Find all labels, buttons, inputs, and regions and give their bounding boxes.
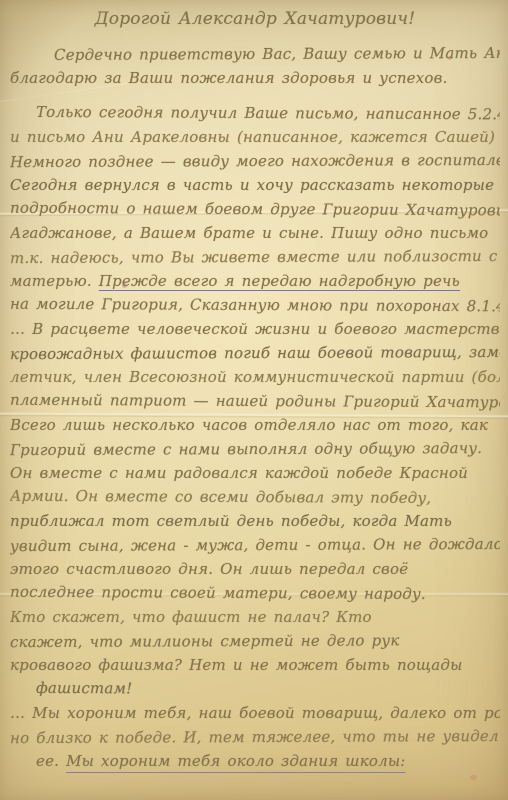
- letter-line: т.к. надеюсь, что Вы живете вместе или п…: [10, 244, 500, 270]
- handwritten-text: этого счастливого дня. Он лишь передал с…: [10, 560, 408, 578]
- handwritten-text: Кто скажет, что фашист не палач? Кто: [10, 608, 372, 626]
- letter-line: приближал тот светлый день победы, когда…: [10, 509, 500, 533]
- handwritten-text: фашистам!: [36, 679, 132, 698]
- letter-line: летчик, член Всесоюзной коммунистической…: [10, 365, 500, 389]
- letter-line: но близко к победе. И, тем тяжелее, что …: [10, 724, 500, 750]
- letter-line: Немного позднее — ввиду моего нахождения…: [10, 148, 500, 174]
- handwritten-text: … В расцвете человеческой жизни и боевог…: [10, 320, 500, 338]
- letter-line: Дорогой Александр Хачатурович!: [10, 7, 500, 31]
- letter-line: Он вместе с нами радовался каждой победе…: [10, 461, 500, 485]
- handwritten-text: на могиле Григория, Сказанную мною при п…: [10, 295, 500, 316]
- underlined-text: Мы хороним тебя около здания школы:: [66, 752, 405, 770]
- handwritten-text: Сердечно приветствую Вас, Вашу семью и М…: [54, 43, 500, 64]
- letter-line: … Мы хороним тебя, наш боевой товарищ, д…: [10, 701, 500, 725]
- letter-scan: Дорогой Александр Хачатурович!Сердечно п…: [0, 0, 508, 800]
- handwritten-text: последнее прости своей матери, своему на…: [10, 583, 426, 603]
- letter-line: кровавого фашизма? Нет и не может быть п…: [10, 653, 500, 677]
- letter-line: подробности о нашем боевом друге Григори…: [10, 196, 500, 223]
- letter-line: Агаджанове, а Вашем брате и сыне. Пишу о…: [10, 221, 500, 245]
- letter-line: скажет, что миллионы смертей не дело рук: [10, 628, 500, 654]
- letter-line: Армии. Он вместе со всеми добывал эту по…: [10, 484, 500, 511]
- letter-line: благодарю за Ваши пожелания здоровья и у…: [10, 66, 500, 90]
- handwritten-text: Армии. Он вместе со всеми добывал эту по…: [10, 487, 431, 507]
- handwritten-text: матерью.: [10, 272, 99, 290]
- letter-line: Сегодня вернулся в часть и хочу рассказа…: [10, 173, 500, 197]
- handwritten-text: т.к. надеюсь, что Вы живете вместе или п…: [10, 247, 498, 267]
- letter-line: Всего лишь несколько часов отделяло нас …: [10, 413, 500, 437]
- letter-line: Григорий вместе с нами выполнял одну общ…: [10, 436, 500, 462]
- ink-stain: [470, 775, 477, 780]
- letter-line: матерью. Прежде всего я передаю надгробн…: [10, 269, 500, 293]
- letter-line: этого счастливого дня. Он лишь передал с…: [10, 557, 500, 581]
- handwritten-text: Немного позднее — ввиду моего нахождения…: [10, 151, 500, 171]
- handwritten-text: ее.: [36, 752, 66, 770]
- letter-line: кровожадных фашистов погиб наш боевой то…: [10, 340, 500, 366]
- underlined-text: Прежде всего я передаю надгробную речь: [99, 272, 460, 290]
- letter-line: Сердечно приветствую Вас, Вашу семью и М…: [10, 41, 500, 67]
- letter-line: Только сегодня получил Ваше письмо, напи…: [10, 100, 500, 127]
- letter-line: и письмо Ани Аракеловны (написанное, каж…: [10, 125, 500, 149]
- handwritten-text: Только сегодня получил Ваше письмо, напи…: [36, 103, 500, 124]
- handwritten-text: пламенный патриот — нашей родины Григори…: [10, 391, 500, 412]
- letter-line: последнее прости своей матери, своему на…: [10, 580, 500, 607]
- handwritten-text: … Мы хороним тебя, наш боевой товарищ, д…: [10, 704, 500, 722]
- handwritten-text: но близко к победе. И, тем тяжелее, что …: [10, 727, 499, 747]
- letter-line: ее. Мы хороним тебя около здания школы:: [10, 749, 500, 773]
- handwritten-text: кровожадных фашистов погиб наш боевой то…: [10, 342, 500, 363]
- handwritten-text: подробности о нашем боевом друге Григори…: [10, 199, 500, 220]
- handwritten-text: благодарю за Ваши пожелания здоровья и у…: [10, 69, 448, 87]
- handwritten-text: Он вместе с нами радовался каждой победе…: [10, 464, 468, 482]
- letter-line: фашистам!: [10, 676, 500, 703]
- letter-line: … В расцвете человеческой жизни и боевог…: [10, 317, 500, 341]
- letter-line: на могиле Григория, Сказанную мною при п…: [10, 292, 500, 319]
- handwritten-text: и письмо Ани Аракеловны (написанное, каж…: [10, 128, 495, 146]
- handwritten-text: скажет, что миллионы смертей не дело рук: [10, 631, 400, 651]
- handwritten-text: кровавого фашизма? Нет и не может быть п…: [10, 656, 463, 674]
- handwritten-text: Дорогой Александр Хачатурович!: [95, 9, 415, 29]
- handwritten-text: Агаджанове, а Вашем брате и сыне. Пишу о…: [10, 224, 488, 242]
- handwritten-text: Григорий вместе с нами выполнял одну общ…: [10, 439, 482, 459]
- letter-line: Кто скажет, что фашист не палач? Кто: [10, 605, 500, 629]
- letter-line: пламенный патриот — нашей родины Григори…: [10, 388, 500, 415]
- handwritten-text: летчик, член Всесоюзной коммунистической…: [10, 368, 500, 386]
- handwritten-text: увидит сына, жена - мужа, дети - отца. О…: [10, 535, 500, 555]
- letter-body: Дорогой Александр Хачатурович!Сердечно п…: [0, 0, 508, 773]
- handwritten-text: Всего лишь несколько часов отделяло нас …: [10, 416, 488, 434]
- handwritten-text: Сегодня вернулся в часть и хочу рассказа…: [10, 176, 494, 194]
- handwritten-text: приближал тот светлый день победы, когда…: [10, 512, 452, 530]
- letter-line: увидит сына, жена - мужа, дети - отца. О…: [10, 532, 500, 558]
